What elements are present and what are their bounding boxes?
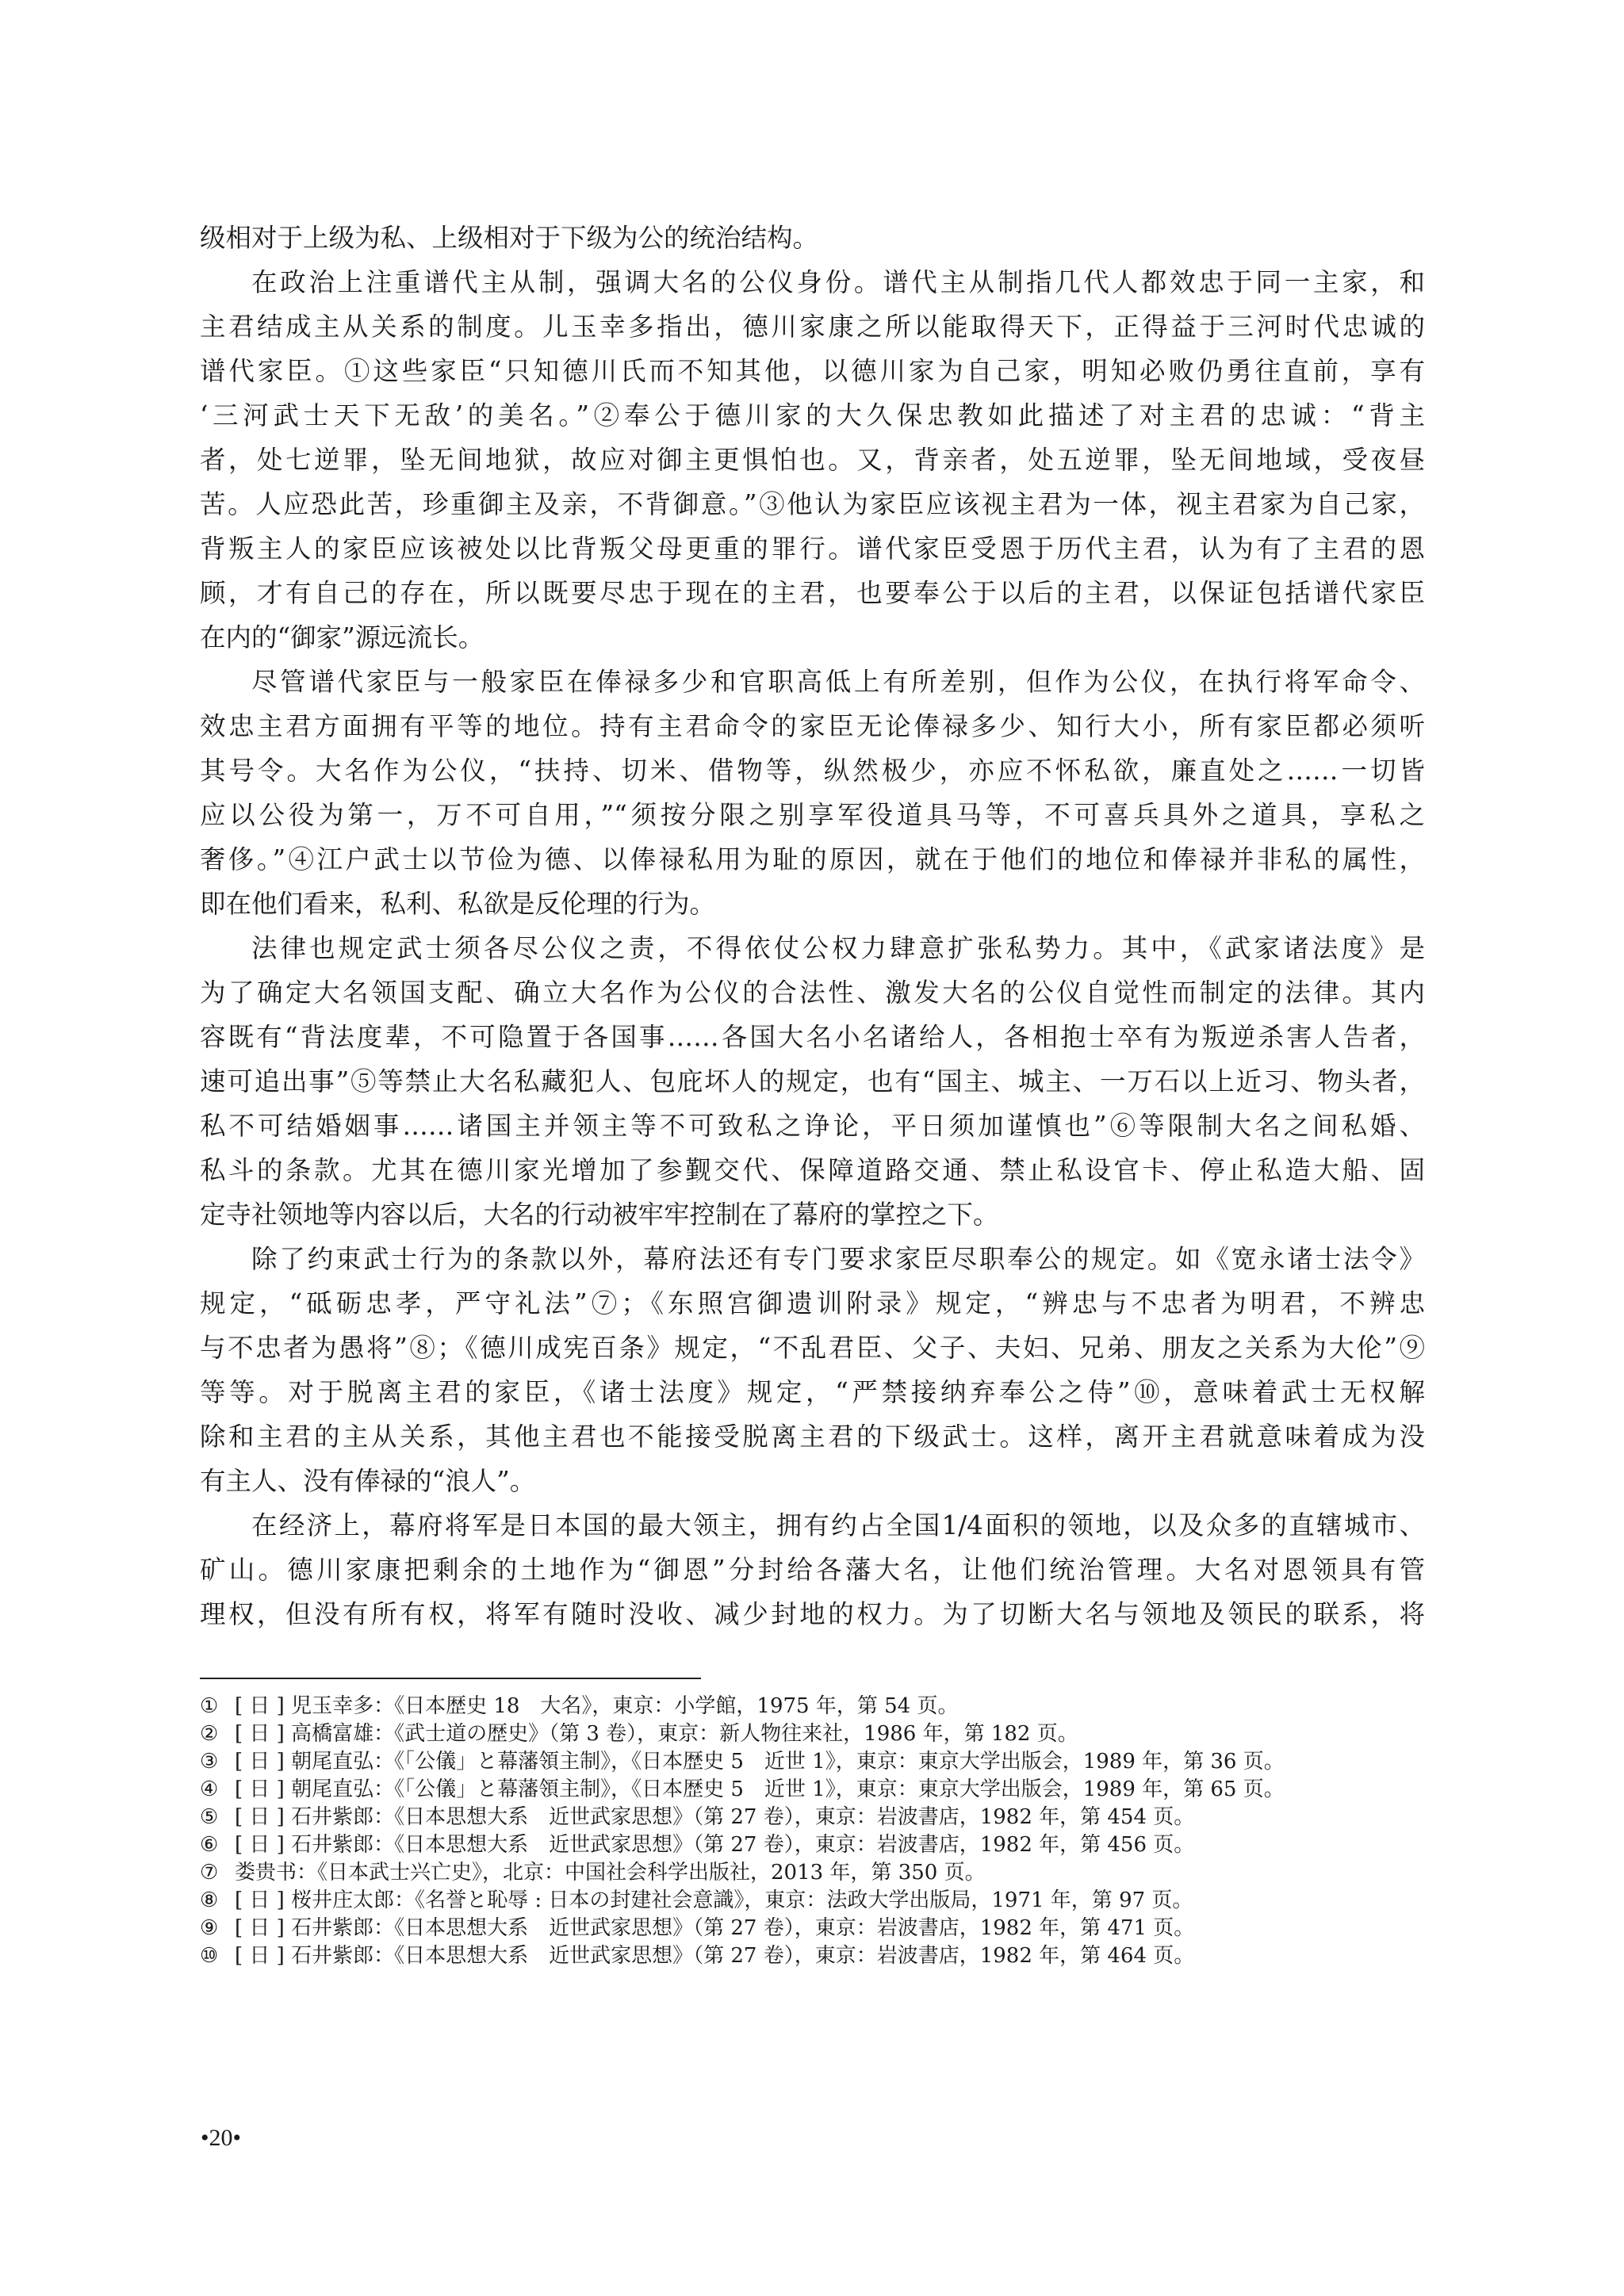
footnote-text: [ 日 ] 朝尾直弘：《「公儀」と幕藩領主制》，《日本歴史 5 近世 1》，東京…	[235, 1748, 1285, 1776]
text-line: 理权，但没有所有权，将军有随时没收、减少封地的权力。为了切断大名与领地及领民的联…	[200, 1592, 1425, 1636]
footnotes: ① [ 日 ] 児玉幸多：《日本歴史 18 大名》，東京：小学館，1975 年，…	[200, 1693, 1437, 1970]
footnote-1: ① [ 日 ] 児玉幸多：《日本歴史 18 大名》，東京：小学館，1975 年，…	[200, 1693, 1437, 1720]
text-line: 私斗的条款。尤其在德川家光增加了参觐交代、保障道路交通、禁止私设官卡、停止私造大…	[200, 1148, 1425, 1192]
footnote-5: ⑤ [ 日 ] 石井紫郎：《日本思想大系 近世武家思想》（第 27 卷），東京：…	[200, 1804, 1437, 1831]
text-line: 定寺社领地等内容以后，大名的行动被牢牢控制在了幕府的掌控之下。	[200, 1192, 1425, 1237]
text-line: 顾，才有自己的存在，所以既要尽忠于现在的主君，也要奉公于以后的主君，以保证包括谱…	[200, 571, 1425, 615]
text-line: 奢侈。”④江户武士以节俭为德、以俸禄私用为耻的原因，就在于他们的地位和俸禄并非私…	[200, 837, 1425, 882]
text-line: 效忠主君方面拥有平等的地位。持有主君命令的家臣无论俸禄多少、知行大小，所有家臣都…	[200, 704, 1425, 748]
text-line: 背叛主人的家臣应该被处以比背叛父母更重的罪行。谱代家臣受恩于历代主君，认为有了主…	[200, 526, 1425, 571]
text-line: 为了确定大名领国支配、确立大名作为公仪的合法性、激发大名的公仪自觉性而制定的法律…	[200, 970, 1425, 1015]
text-line: 私不可结婚姻事……诸国主并领主等不可致私之诤论，平日须加谨慎也”⑥等限制大名之间…	[200, 1104, 1425, 1148]
text-line: 苦。人应恐此苦，珍重御主及亲，不背御意。”③他认为家臣应该视主君为一体，视主君家…	[200, 482, 1425, 526]
text-line: 有主人、没有俸禄的“浪人”。	[200, 1459, 1425, 1503]
footnote-text: [ 日 ] 朝尾直弘：《「公儀」と幕藩領主制》，《日本歴史 5 近世 1》，東京…	[235, 1776, 1285, 1804]
page-number: •20•	[201, 2125, 241, 2152]
footnote-number: ⑦	[200, 1859, 235, 1887]
text-line: 在内的“御家”源远流长。	[200, 615, 1425, 660]
footnote-text: [ 日 ] 桜井庄太郎：《名誉と恥辱 : 日本の封建社会意識》，東京：法政大学出…	[235, 1887, 1193, 1915]
footnote-text: [ 日 ] 石井紫郎：《日本思想大系 近世武家思想》（第 27 卷），東京：岩波…	[235, 1831, 1194, 1859]
footnote-separator	[200, 1678, 701, 1679]
text-line: 在经济上，幕府将军是日本国的最大领主，拥有约占全国1/4面积的领地，以及众多的直…	[200, 1503, 1425, 1548]
paragraph-4: 法律也规定武士须各尽公仪之责，不得依仗公权力肆意扩张私势力。其中，《武家诸法度》…	[200, 926, 1425, 1237]
footnote-4: ④ [ 日 ] 朝尾直弘：《「公儀」と幕藩領主制》，《日本歴史 5 近世 1》，…	[200, 1776, 1437, 1804]
footnote-number: ⑧	[200, 1887, 235, 1915]
footnote-6: ⑥ [ 日 ] 石井紫郎：《日本思想大系 近世武家思想》（第 27 卷），東京：…	[200, 1831, 1437, 1859]
footnote-number: ④	[200, 1776, 235, 1804]
text-line: 速可追出事”⑤等禁止大名私藏犯人、包庇坏人的规定，也有“国主、城主、一万石以上近…	[200, 1059, 1425, 1104]
footnote-text: [ 日 ] 高橋富雄：《武士道の歴史》（第 3 卷），東京：新人物往来社，198…	[235, 1720, 1078, 1748]
footnote-text: [ 日 ] 石井紫郎：《日本思想大系 近世武家思想》（第 27 卷），東京：岩波…	[235, 1915, 1194, 1942]
text-line: 主君结成主从关系的制度。儿玉幸多指出，德川家康之所以能取得天下，正得益于三河时代…	[200, 304, 1425, 349]
footnote-9: ⑨ [ 日 ] 石井紫郎：《日本思想大系 近世武家思想》（第 27 卷），東京：…	[200, 1915, 1437, 1942]
text-line: 与不忠者为愚将”⑧；《德川成宪百条》规定，“不乱君臣、父子、夫妇、兄弟、朋友之关…	[200, 1326, 1425, 1370]
footnote-number: ⑥	[200, 1831, 235, 1859]
footnote-text: [ 日 ] 石井紫郎：《日本思想大系 近世武家思想》（第 27 卷），東京：岩波…	[235, 1942, 1194, 1970]
text-line: 尽管谱代家臣与一般家臣在俸禄多少和官职高低上有所差别，但作为公仪，在执行将军命令…	[200, 660, 1425, 704]
text-line: 在政治上注重谱代主从制，强调大名的公仪身份。谱代主从制指几代人都效忠于同一主家，…	[200, 260, 1425, 304]
text-line: 除和主君的主从关系，其他主君也不能接受脱离主君的下级武士。这样，离开主君就意味着…	[200, 1414, 1425, 1459]
text-line: 谱代家臣。①这些家臣“只知德川氏而不知其他，以德川家为自己家，明知必败仍勇往直前…	[200, 349, 1425, 393]
footnote-number: ①	[200, 1693, 235, 1720]
footnote-number: ⑨	[200, 1915, 235, 1942]
footnote-number: ②	[200, 1720, 235, 1748]
footnote-number: ⑩	[200, 1942, 235, 1970]
paragraph-5: 除了约束武士行为的条款以外，幕府法还有专门要求家臣尽职奉公的规定。如《宽永诸士法…	[200, 1237, 1425, 1503]
footnote-8: ⑧ [ 日 ] 桜井庄太郎：《名誉と恥辱 : 日本の封建社会意識》，東京：法政大…	[200, 1887, 1437, 1915]
footnote-text: 娄贵书：《日本武士兴亡史》，北京：中国社会科学出版社，2013 年，第 350 …	[235, 1859, 986, 1887]
text-line: 者，处七逆罪，坠无间地狱，故应对御主更惧怕也。又，背亲者，处五逆罪，坠无间地域，…	[200, 438, 1425, 482]
paragraph-3: 尽管谱代家臣与一般家臣在俸禄多少和官职高低上有所差别，但作为公仪，在执行将军命令…	[200, 660, 1425, 926]
paragraph-6: 在经济上，幕府将军是日本国的最大领主，拥有约占全国1/4面积的领地，以及众多的直…	[200, 1503, 1425, 1636]
footnote-text: [ 日 ] 石井紫郎：《日本思想大系 近世武家思想》（第 27 卷），東京：岩波…	[235, 1804, 1194, 1831]
paragraph-2: 在政治上注重谱代主从制，强调大名的公仪身份。谱代主从制指几代人都效忠于同一主家，…	[200, 260, 1425, 660]
text-line: ‘三河武士天下无敌’的美名。”②奉公于德川家的大久保忠教如此描述了对主君的忠诚：…	[200, 393, 1425, 438]
text-line: 应以公役为第一，万不可自用，”“须按分限之别享军役道具马等，不可喜兵具外之道具，…	[200, 793, 1425, 837]
text-line: 容既有“背法度辈，不可隐置于各国事……各国大名小名诸给人，各相抱士卒有为叛逆杀害…	[200, 1015, 1425, 1059]
footnote-7: ⑦ 娄贵书：《日本武士兴亡史》，北京：中国社会科学出版社，2013 年，第 35…	[200, 1859, 1437, 1887]
paragraph-1: 级相对于上级为私、上级相对于下级为公的统治结构。	[200, 216, 1425, 260]
text-line: 规定，“砥砺忠孝，严守礼法”⑦；《东照宫御遗训附录》规定，“辨忠与不忠者为明君，…	[200, 1281, 1425, 1326]
text-line: 除了约束武士行为的条款以外，幕府法还有专门要求家臣尽职奉公的规定。如《宽永诸士法…	[200, 1237, 1425, 1281]
footnote-text: [ 日 ] 児玉幸多：《日本歴史 18 大名》，東京：小学館，1975 年，第 …	[235, 1693, 958, 1720]
footnote-10: ⑩ [ 日 ] 石井紫郎：《日本思想大系 近世武家思想》（第 27 卷），東京：…	[200, 1942, 1437, 1970]
text-line: 等等。对于脱离主君的家臣，《诸士法度》规定，“严禁接纳弃奉公之侍”⑩，意味着武士…	[200, 1370, 1425, 1414]
footnote-2: ② [ 日 ] 高橋富雄：《武士道の歴史》（第 3 卷），東京：新人物往来社，1…	[200, 1720, 1437, 1748]
body-text: 级相对于上级为私、上级相对于下级为公的统治结构。 在政治上注重谱代主从制，强调大…	[200, 216, 1425, 1636]
text-line: 法律也规定武士须各尽公仪之责，不得依仗公权力肆意扩张私势力。其中，《武家诸法度》…	[200, 926, 1425, 970]
text-line: 级相对于上级为私、上级相对于下级为公的统治结构。	[200, 216, 1425, 260]
text-line: 即在他们看来，私利、私欲是反伦理的行为。	[200, 882, 1425, 926]
text-line: 矿山。德川家康把剩余的土地作为“御恩”分封给各藩大名，让他们统治管理。大名对恩领…	[200, 1548, 1425, 1592]
footnote-number: ③	[200, 1748, 235, 1776]
footnote-number: ⑤	[200, 1804, 235, 1831]
footnote-3: ③ [ 日 ] 朝尾直弘：《「公儀」と幕藩領主制》，《日本歴史 5 近世 1》，…	[200, 1748, 1437, 1776]
text-line: 其号令。大名作为公仪，“扶持、切米、借物等，纵然极少，亦应不怀私欲，廉直处之………	[200, 748, 1425, 793]
